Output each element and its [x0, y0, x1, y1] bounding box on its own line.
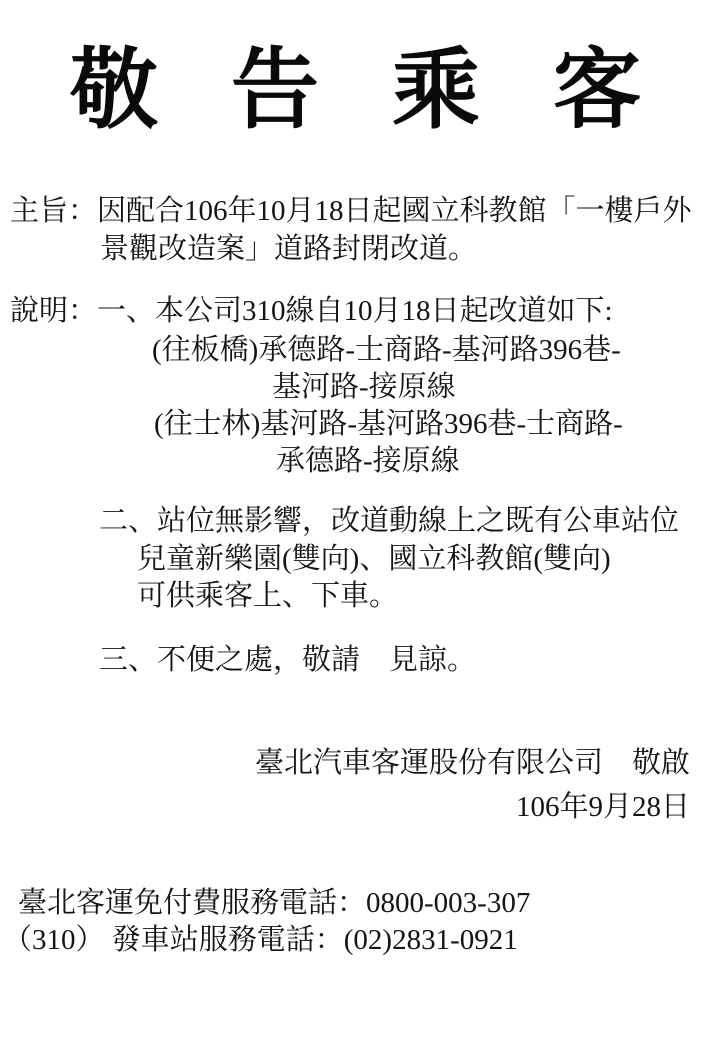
footer-service-phone: 臺北客運免付費服務電話：0800-003-307: [18, 888, 530, 920]
route-to-shilin-line1: (往士林)基河路-基河路396巷-士商路-: [154, 409, 623, 441]
explanation-item2-line3: 可供乘客上、下車。: [137, 581, 398, 613]
title-char-1: 敬: [70, 48, 158, 136]
route-to-banqiao-line1: (往板橋)承德路-士商路-基河路396巷-: [152, 335, 621, 367]
signature-date: 106年9月28日: [516, 792, 690, 824]
route-to-shilin-line2: 承德路-接原線: [276, 446, 460, 478]
explanation-item2-line1: 二、站位無影響，改道動線上之既有公車站位: [99, 506, 679, 538]
explanation-item2-line2: 兒童新樂園(雙向)、國立科教館(雙向): [137, 544, 611, 576]
explanation-item1-line1: 說明：一、本公司310線自10月18日起改道如下:: [10, 296, 613, 328]
subject-line-1: 主旨：因配合106年10月18日起國立科教館「一樓戶外: [10, 196, 692, 228]
subject-line-2: 景觀改造案」道路封閉改道。: [100, 234, 477, 266]
signature-company: 臺北汽車客運股份有限公司 敬啟: [255, 748, 690, 780]
title-char-2: 告: [231, 48, 319, 136]
footer-depot-phone: （310） 發車站服務電話：(02)2831-0921: [3, 925, 518, 957]
notice-page: 敬 告 乘 客 主旨：因配合106年10月18日起國立科教館「一樓戶外 景觀改造…: [0, 0, 720, 1040]
route-to-banqiao-line2: 基河路-接原線: [272, 372, 456, 404]
title-char-3: 乘: [392, 48, 480, 136]
notice-title: 敬 告 乘 客: [70, 48, 641, 148]
title-char-4: 客: [553, 48, 641, 136]
explanation-item3-line1: 三、不便之處，敬請 見諒。: [99, 645, 476, 677]
